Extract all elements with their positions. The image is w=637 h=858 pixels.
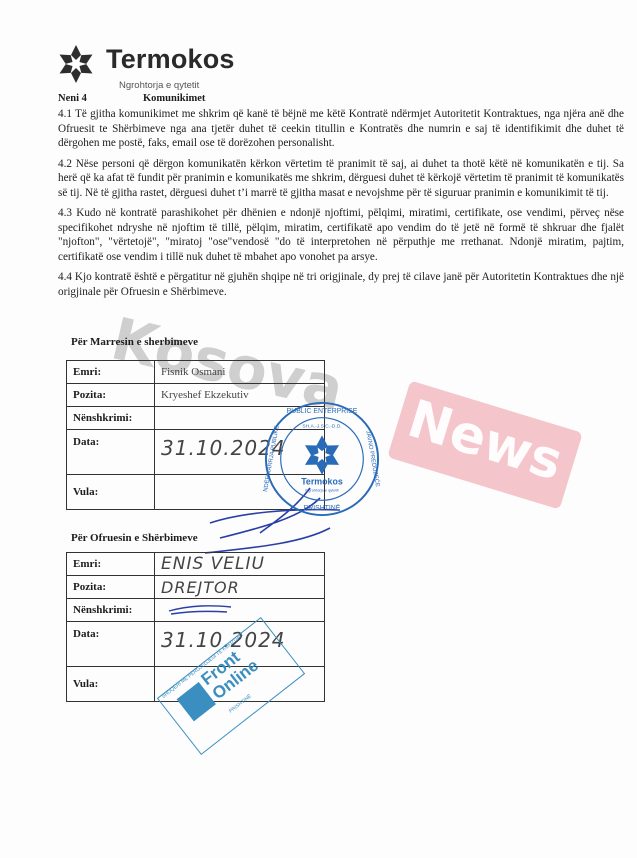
- stamp-bottom-text: PRISHTINË: [304, 504, 341, 512]
- termokos-logo: Termokos Ngrohtorja e qytetit: [56, 42, 276, 92]
- clause-4-1: 4.1 Të gjitha komunikimet me shkrim që k…: [58, 107, 624, 151]
- seal-label: Vula:: [67, 475, 155, 510]
- article-title: Komunikimet: [143, 93, 205, 104]
- seal-label: Vula:: [67, 667, 155, 702]
- name-label: Emri:: [67, 553, 155, 576]
- table-row: Emri: ENIS VELIU: [67, 553, 325, 576]
- stamp-brand: Termokos: [301, 477, 343, 487]
- article-number: Neni 4: [58, 93, 87, 104]
- receiver-section-title: Për Marresin e sherbimeve: [71, 336, 198, 348]
- snowflake-logo-icon: [56, 44, 96, 84]
- stamp-tagline: Ngrohtorja e qytetit: [305, 487, 339, 492]
- name-value: Fisnik Osmani: [155, 361, 325, 384]
- signature-label: Nënshkrimi:: [67, 599, 155, 622]
- brand-name: Termokos: [106, 44, 235, 75]
- clauses: 4.1 Të gjitha komunikimet me shkrim që k…: [58, 107, 624, 305]
- stamp-code: SH.A.-J.S.C.-D.D.: [302, 424, 341, 430]
- name-value: ENIS VELIU: [155, 553, 325, 576]
- table-row: Emri: Fisnik Osmani: [67, 361, 325, 384]
- table-row: Nënshkrimi:: [67, 599, 325, 622]
- name-label: Emri:: [67, 361, 155, 384]
- news-watermark-text: News: [401, 389, 569, 493]
- position-label: Pozita:: [67, 384, 155, 407]
- clause-4-4: 4.4 Kjo kontratë është e përgatitur në g…: [58, 270, 624, 299]
- clause-4-2: 4.2 Nëse personi që dërgon komunikatën k…: [58, 157, 624, 201]
- stamp2-city: PRISHTINË: [228, 693, 253, 714]
- signature-label: Nënshkrimi:: [67, 407, 155, 430]
- provider-section-title: Për Ofruesin e Shërbimeve: [71, 532, 198, 544]
- clause-4-3: 4.3 Kudo në kontratë parashikohet për dh…: [58, 206, 624, 264]
- stamp-top-text: PUBLIC ENTERPRISE: [287, 408, 358, 415]
- provider-signature-mark: [161, 601, 241, 617]
- signature-value: [155, 599, 325, 622]
- termokos-stamp: Termokos Ngrohtorja e qytetit SH.A.-J.S.…: [263, 400, 381, 518]
- table-row: Pozita: DREJTOR: [67, 576, 325, 599]
- date-label: Data:: [67, 430, 155, 475]
- position-label: Pozita:: [67, 576, 155, 599]
- brand-tagline: Ngrohtorja e qytetit: [119, 80, 199, 91]
- news-watermark: News: [387, 380, 583, 509]
- position-value: DREJTOR: [155, 576, 325, 599]
- date-label: Data:: [67, 622, 155, 667]
